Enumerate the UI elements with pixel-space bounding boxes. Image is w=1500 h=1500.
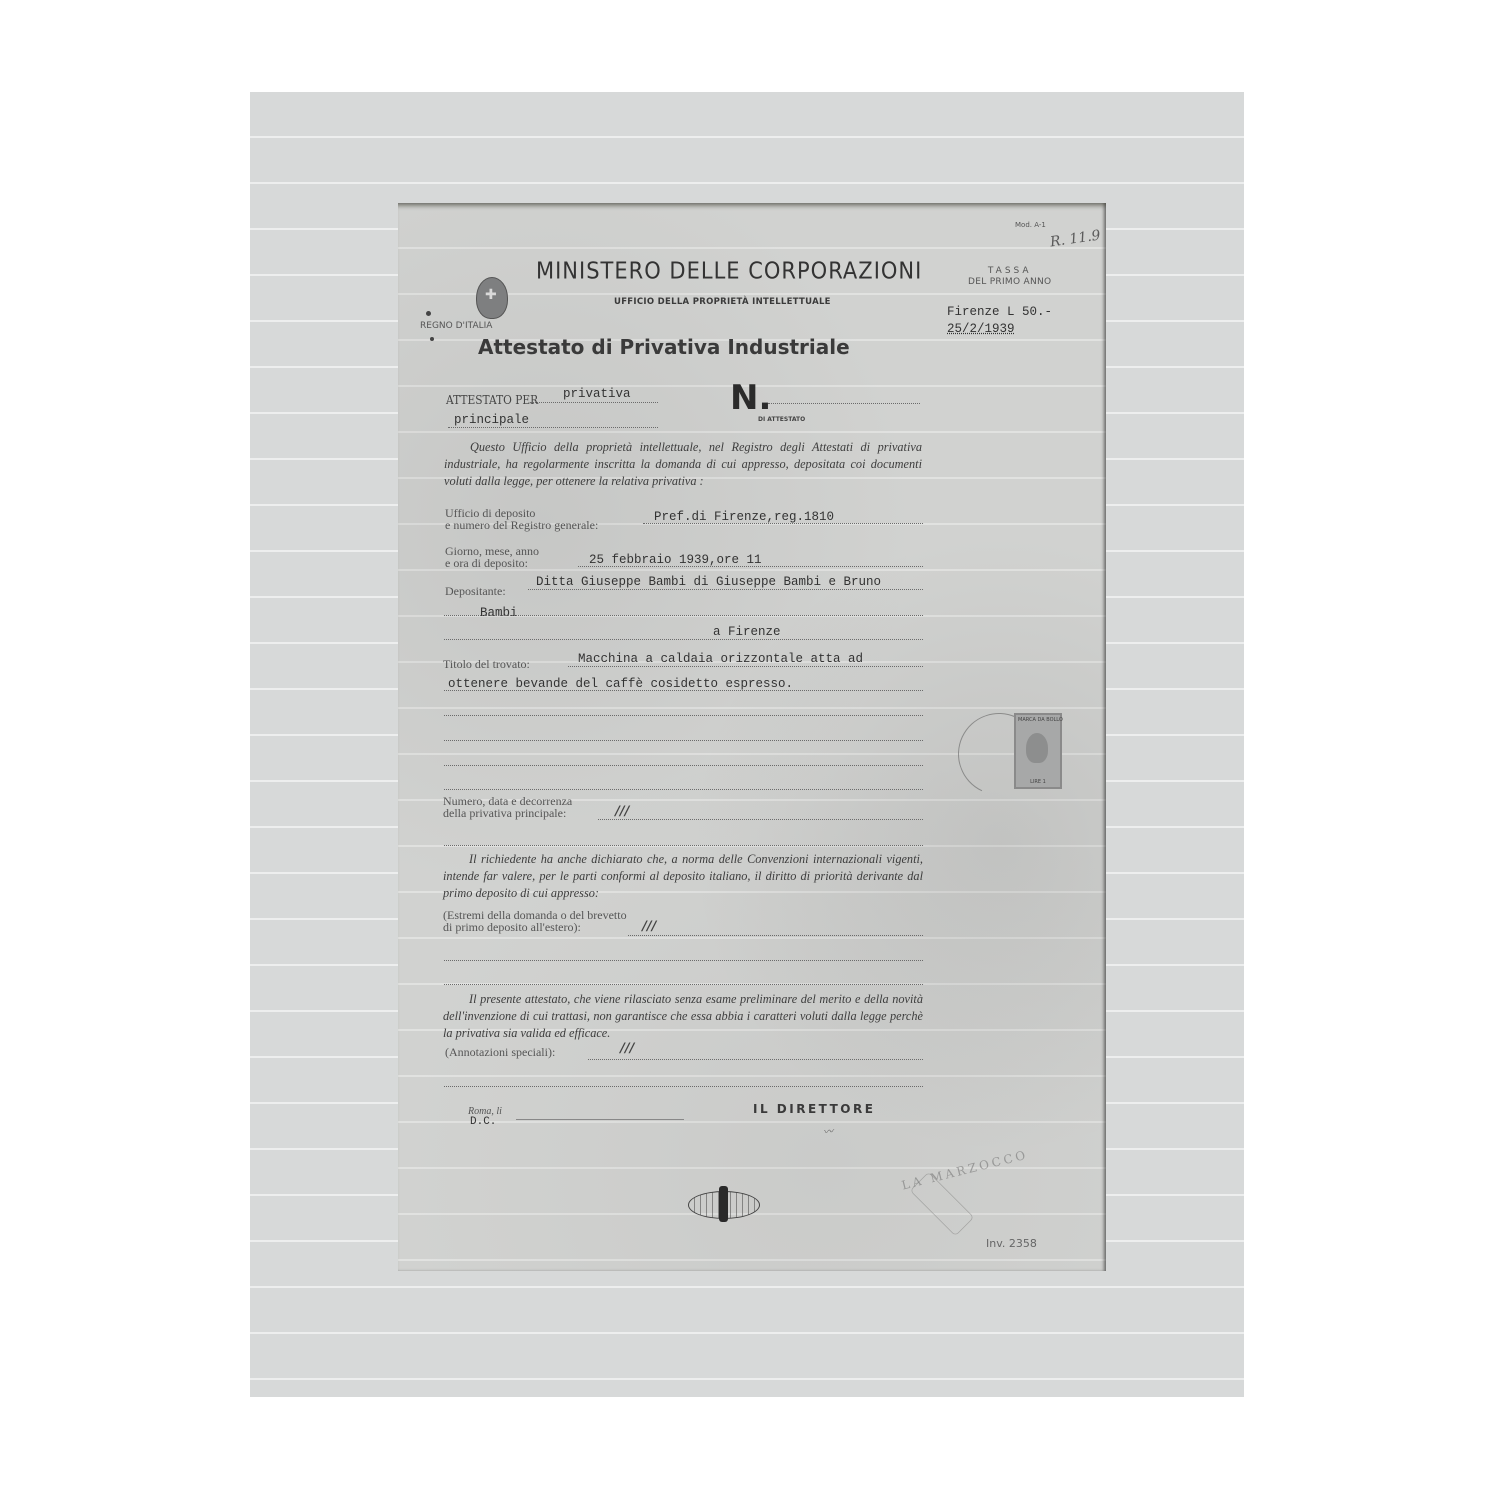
field-rule — [444, 690, 923, 691]
king-portrait-icon — [1026, 733, 1048, 763]
field-rule — [598, 819, 923, 820]
field-rule — [444, 984, 923, 985]
depositor-value-2: Bambi — [480, 606, 518, 620]
inventory-number: Inv. 2358 — [986, 1237, 1037, 1250]
notes-label: (Annotazioni speciali): — [445, 1046, 555, 1058]
field-rule — [444, 1086, 923, 1087]
deposit-office-value: Pref.di Firenze,reg.1810 — [654, 510, 834, 524]
field-rule — [588, 1059, 923, 1060]
kingdom-label: REGNO D'ITALIA — [420, 321, 492, 331]
depositor-value-1: Ditta Giuseppe Bambi di Giuseppe Bambi e… — [536, 575, 881, 589]
foreign-filing-value: /// — [642, 919, 656, 934]
ministry-heading: MINISTERO DELLE CORPORAZIONI — [536, 258, 922, 284]
field-rule — [444, 715, 923, 716]
model-code: Mod. A-1 — [1015, 221, 1046, 229]
director-signature: 〰︎ — [822, 1123, 834, 1139]
revenue-stamp: MARCA DA BOLLO LIRE 1 — [1014, 713, 1062, 789]
office-subheading: UFFICIO DELLA PROPRIETÀ INTELLETTUALE — [614, 297, 831, 307]
margin-mark — [426, 311, 431, 316]
field-rule — [516, 1119, 684, 1120]
deposit-date-value: 25 febbraio 1939,ore 11 — [589, 553, 762, 567]
certificate-number-sublabel: DI ATTESTATO — [758, 416, 805, 423]
field-rule — [444, 845, 923, 846]
royal-emblem-icon — [476, 277, 508, 319]
handwritten-reference: R. 11.9 — [1049, 228, 1101, 251]
tax-sublabel: DEL PRIMO ANNO — [968, 277, 1051, 288]
field-rule — [444, 615, 923, 616]
label-line: della privativa principale: — [443, 807, 572, 819]
field-rule — [444, 740, 923, 741]
priority-paragraph: Il richiedente ha anche dichiarato che, … — [443, 851, 923, 902]
field-rule — [530, 402, 658, 403]
tax-box: TASSA DEL PRIMO ANNO — [968, 266, 1051, 288]
disclaimer-paragraph: Il presente attestato, che viene rilasci… — [443, 991, 923, 1042]
stamp-value-text: LIRE 1 — [1018, 779, 1058, 785]
margin-mark — [430, 337, 434, 341]
director-title: IL DIRETTORE — [753, 1102, 875, 1116]
certificate-type-label: ATTESTATO PER — [446, 392, 538, 407]
stamp-top-text: MARCA DA BOLLO — [1018, 717, 1058, 723]
globe-logo-icon — [688, 1191, 760, 1219]
invention-title-label: Titolo del trovato: — [443, 658, 530, 670]
depositor-city: a Firenze — [713, 625, 781, 639]
label-line: e numero del Registro generale: — [445, 519, 598, 531]
field-rule — [444, 765, 923, 766]
field-rule — [444, 960, 923, 961]
depositor-label: Depositante: — [445, 585, 506, 597]
certificate-type-value-1: privativa — [563, 387, 631, 401]
tax-label: TASSA — [968, 266, 1051, 277]
patent-document: REGNO D'ITALIA MINISTERO DELLE CORPORAZI… — [398, 203, 1106, 1271]
label-line: di primo deposito all'estero): — [443, 921, 627, 933]
field-rule — [768, 403, 920, 404]
field-rule — [643, 523, 923, 524]
intro-paragraph: Questo Ufficio della proprietà intellett… — [444, 439, 922, 490]
field-rule — [578, 566, 923, 567]
main-patent-label: Numero, data e decorrenza della privativ… — [443, 795, 572, 819]
initials: D.C. — [470, 1116, 496, 1128]
invention-title-value-2: ottenere bevande del caffè cosidetto esp… — [448, 677, 793, 691]
tax-date: 25/2/1939 — [947, 321, 1052, 338]
main-patent-value: /// — [615, 804, 629, 819]
field-rule — [448, 427, 658, 428]
certificate-number-label: N. — [730, 378, 771, 418]
field-rule — [568, 666, 923, 667]
field-rule — [528, 589, 923, 590]
deposit-office-label: Ufficio di deposito e numero del Registr… — [445, 507, 598, 531]
tax-amount: Firenze L 50.- — [947, 304, 1052, 321]
field-rule — [444, 789, 923, 790]
field-rule — [444, 639, 923, 640]
document-title: Attestato di Privativa Industriale — [478, 335, 850, 359]
certificate-type-value-2: principale — [454, 413, 529, 427]
invention-title-value-1: Macchina a caldaia orizzontale atta ad — [578, 652, 863, 666]
notes-value: /// — [620, 1041, 634, 1056]
field-rule — [628, 935, 923, 936]
tax-paid: Firenze L 50.- 25/2/1939 — [947, 304, 1052, 338]
deposit-date-label: Giorno, mese, anno e ora di deposito: — [445, 545, 539, 569]
foreign-filing-label: (Estremi della domanda o del brevetto di… — [443, 909, 627, 933]
label-line: e ora di deposito: — [445, 557, 539, 569]
